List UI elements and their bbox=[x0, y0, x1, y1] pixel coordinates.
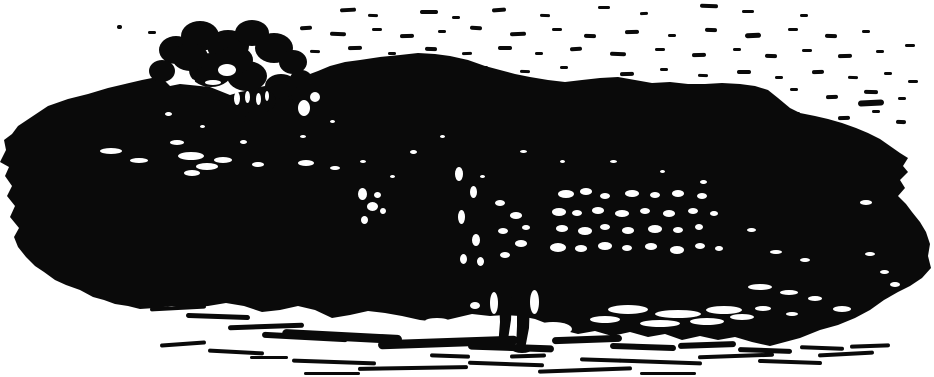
highlight-fleck bbox=[560, 160, 565, 163]
highlight-fleck bbox=[673, 227, 683, 233]
sky-stroke bbox=[520, 70, 530, 73]
highlight-fleck bbox=[315, 322, 341, 329]
highlight-fleck bbox=[622, 245, 632, 251]
sky-stroke bbox=[552, 28, 562, 31]
highlight-fleck bbox=[477, 257, 484, 266]
sky-stroke bbox=[340, 8, 356, 13]
sky-stroke bbox=[737, 70, 751, 74]
highlight-fleck bbox=[598, 242, 612, 250]
highlight-fleck bbox=[688, 208, 698, 214]
engraving-illustration bbox=[0, 0, 934, 377]
highlight-fleck bbox=[890, 282, 900, 287]
sky-stroke bbox=[400, 34, 414, 38]
sky-stroke bbox=[470, 26, 482, 31]
highlight-fleck bbox=[592, 207, 604, 214]
sky-stroke bbox=[790, 88, 798, 91]
highlight-fleck bbox=[747, 228, 756, 232]
engraving-canvas bbox=[0, 0, 934, 377]
highlight-fleck bbox=[196, 163, 218, 170]
canopy-lobe bbox=[290, 70, 312, 88]
highlight-fleck bbox=[510, 212, 522, 219]
highlight-fleck bbox=[640, 320, 680, 327]
highlight-fleck bbox=[672, 190, 684, 197]
highlight-fleck bbox=[580, 188, 592, 195]
highlight-fleck bbox=[820, 330, 842, 337]
sky-stroke bbox=[896, 120, 906, 124]
sky-stroke bbox=[640, 12, 648, 15]
highlight-fleck bbox=[367, 202, 378, 211]
highlight-fleck bbox=[578, 227, 592, 235]
highlight-fleck bbox=[833, 306, 851, 312]
sky-stroke bbox=[372, 28, 382, 31]
sky-stroke bbox=[775, 76, 783, 79]
highlight-fleck bbox=[550, 243, 566, 252]
sky-stroke bbox=[700, 4, 718, 9]
highlight-fleck bbox=[850, 336, 866, 341]
highlight-fleck bbox=[234, 92, 240, 105]
sky-stroke bbox=[655, 48, 665, 51]
ground-stroke bbox=[640, 372, 696, 375]
sky-stroke bbox=[812, 70, 824, 74]
highlight-fleck bbox=[622, 227, 634, 234]
highlight-fleck bbox=[360, 160, 366, 163]
highlight-fleck bbox=[205, 80, 221, 85]
highlight-fleck bbox=[556, 225, 568, 232]
sky-stroke bbox=[668, 34, 676, 37]
sky-stroke bbox=[745, 33, 761, 39]
highlight-fleck bbox=[770, 250, 782, 254]
highlight-fleck bbox=[298, 100, 310, 116]
sky-stroke bbox=[692, 53, 706, 57]
sky-stroke bbox=[425, 47, 437, 51]
highlight-fleck bbox=[552, 208, 566, 216]
highlight-fleck bbox=[648, 225, 662, 233]
sky-stroke bbox=[825, 34, 837, 38]
sky-stroke bbox=[800, 14, 808, 17]
sky-stroke bbox=[300, 26, 312, 31]
highlight-fleck bbox=[358, 188, 367, 200]
sky-stroke bbox=[826, 95, 838, 99]
highlight-fleck bbox=[558, 190, 574, 198]
highlight-fleck bbox=[240, 140, 247, 144]
highlight-fleck bbox=[361, 216, 368, 224]
highlight-fleck bbox=[498, 228, 508, 234]
sky-stroke bbox=[510, 32, 526, 37]
highlight-fleck bbox=[480, 175, 485, 178]
highlight-fleck bbox=[808, 296, 822, 301]
sky-stroke bbox=[884, 72, 892, 75]
sky-stroke bbox=[864, 90, 878, 94]
highlight-fleck bbox=[575, 245, 587, 252]
sky-stroke bbox=[570, 47, 582, 52]
highlight-fleck bbox=[170, 140, 184, 145]
highlight-fleck bbox=[640, 208, 650, 214]
highlight-fleck bbox=[780, 290, 798, 295]
highlight-fleck bbox=[522, 225, 530, 230]
sky-stroke bbox=[848, 76, 858, 79]
highlight-fleck bbox=[410, 150, 417, 154]
sky-stroke bbox=[905, 44, 915, 47]
highlight-fleck bbox=[214, 157, 232, 163]
highlight-fleck bbox=[697, 193, 707, 199]
highlight-fleck bbox=[455, 167, 463, 181]
highlight-fleck bbox=[130, 158, 148, 163]
sky-stroke bbox=[610, 52, 626, 57]
highlight-fleck bbox=[600, 224, 610, 230]
highlight-fleck bbox=[330, 166, 340, 170]
highlight-fleck bbox=[184, 170, 200, 176]
highlight-fleck bbox=[710, 211, 718, 216]
highlight-fleck bbox=[350, 320, 390, 329]
highlight-fleck bbox=[650, 192, 660, 198]
ground-stroke bbox=[250, 356, 288, 359]
sky-stroke bbox=[802, 49, 812, 52]
sky-stroke bbox=[838, 54, 852, 58]
sky-stroke bbox=[498, 46, 512, 50]
highlight-fleck bbox=[670, 246, 684, 254]
sky-stroke bbox=[733, 48, 741, 51]
sky-stroke bbox=[788, 28, 798, 31]
highlight-fleck bbox=[690, 318, 724, 325]
highlight-fleck bbox=[663, 210, 675, 217]
sky-stroke bbox=[898, 97, 906, 100]
sky-stroke bbox=[660, 68, 668, 71]
highlight-fleck bbox=[860, 200, 872, 205]
ground-stroke bbox=[304, 372, 360, 375]
highlight-fleck bbox=[330, 120, 335, 123]
sky-stroke bbox=[540, 14, 550, 18]
highlight-fleck bbox=[515, 240, 527, 247]
highlight-fleck bbox=[460, 254, 467, 264]
sky-stroke bbox=[620, 72, 634, 76]
sky-stroke bbox=[330, 32, 346, 37]
highlight-fleck bbox=[500, 252, 510, 258]
highlight-fleck bbox=[245, 91, 250, 103]
canopy-lobe bbox=[149, 60, 175, 82]
highlight-fleck bbox=[374, 192, 381, 198]
highlight-fleck bbox=[490, 292, 498, 314]
sky-stroke bbox=[598, 6, 610, 9]
highlight-fleck bbox=[256, 93, 261, 105]
highlight-fleck bbox=[470, 302, 480, 309]
sky-stroke bbox=[388, 52, 396, 55]
highlight-fleck bbox=[495, 200, 505, 206]
highlight-fleck bbox=[748, 284, 772, 290]
sky-stroke bbox=[765, 54, 777, 58]
sky-stroke bbox=[560, 66, 568, 69]
highlight-fleck bbox=[625, 190, 639, 197]
highlight-fleck bbox=[425, 318, 449, 324]
sky-stroke bbox=[420, 10, 438, 14]
highlight-fleck bbox=[390, 175, 395, 178]
highlight-fleck bbox=[865, 252, 875, 256]
highlight-fleck bbox=[534, 322, 572, 336]
highlight-fleck bbox=[695, 243, 705, 249]
sky-stroke bbox=[584, 34, 596, 38]
highlight-fleck bbox=[608, 305, 648, 314]
sky-stroke bbox=[862, 30, 870, 33]
highlight-fleck bbox=[452, 322, 496, 338]
sky-stroke bbox=[872, 110, 880, 113]
highlight-fleck bbox=[786, 312, 798, 316]
highlight-fleck bbox=[165, 112, 172, 116]
highlight-fleck bbox=[755, 306, 771, 311]
sky-stroke bbox=[742, 10, 754, 13]
highlight-fleck bbox=[730, 314, 754, 320]
sky-stroke bbox=[462, 52, 472, 55]
highlight-fleck bbox=[695, 224, 703, 230]
highlight-fleck bbox=[880, 270, 889, 274]
sky-stroke bbox=[705, 28, 717, 32]
highlight-fleck bbox=[395, 324, 425, 331]
sky-stroke bbox=[310, 50, 320, 53]
sky-stroke bbox=[625, 30, 639, 34]
sky-stroke bbox=[438, 30, 446, 33]
highlight-fleck bbox=[218, 64, 236, 76]
highlight-fleck bbox=[178, 152, 204, 160]
highlight-fleck bbox=[520, 150, 527, 153]
highlight-fleck bbox=[252, 162, 264, 167]
sky-stroke bbox=[908, 80, 918, 83]
sky-stroke bbox=[452, 16, 460, 19]
highlight-fleck bbox=[440, 135, 445, 138]
sky-stroke bbox=[148, 31, 156, 34]
highlight-fleck bbox=[458, 210, 465, 224]
figure-torso bbox=[492, 238, 536, 308]
highlight-fleck bbox=[100, 148, 122, 154]
highlight-fleck bbox=[200, 125, 205, 128]
highlight-fleck bbox=[470, 186, 477, 198]
highlight-fleck bbox=[600, 193, 610, 199]
highlight-fleck bbox=[380, 208, 386, 214]
highlight-fleck bbox=[472, 234, 480, 246]
highlight-fleck bbox=[715, 246, 723, 251]
canopy-lobe bbox=[172, 43, 208, 71]
highlight-fleck bbox=[610, 160, 617, 163]
highlight-fleck bbox=[800, 258, 810, 262]
sky-stroke bbox=[535, 52, 543, 55]
sky-stroke bbox=[876, 50, 884, 53]
sky-stroke bbox=[698, 74, 708, 77]
highlight-fleck bbox=[655, 310, 701, 318]
sky-stroke bbox=[368, 14, 378, 17]
highlight-fleck bbox=[700, 180, 707, 184]
highlight-fleck bbox=[572, 210, 582, 216]
highlight-fleck bbox=[265, 91, 269, 101]
sky-stroke bbox=[838, 116, 850, 120]
highlight-fleck bbox=[310, 92, 320, 102]
highlight-fleck bbox=[298, 160, 314, 166]
highlight-fleck bbox=[706, 306, 742, 314]
highlight-fleck bbox=[615, 210, 629, 217]
highlight-fleck bbox=[530, 290, 539, 314]
sky-stroke bbox=[348, 46, 362, 50]
highlight-fleck bbox=[645, 243, 657, 250]
sky-stroke bbox=[117, 25, 122, 29]
highlight-fleck bbox=[300, 135, 306, 138]
highlight-fleck bbox=[175, 78, 195, 84]
highlight-fleck bbox=[590, 316, 620, 323]
highlight-fleck bbox=[660, 170, 665, 173]
